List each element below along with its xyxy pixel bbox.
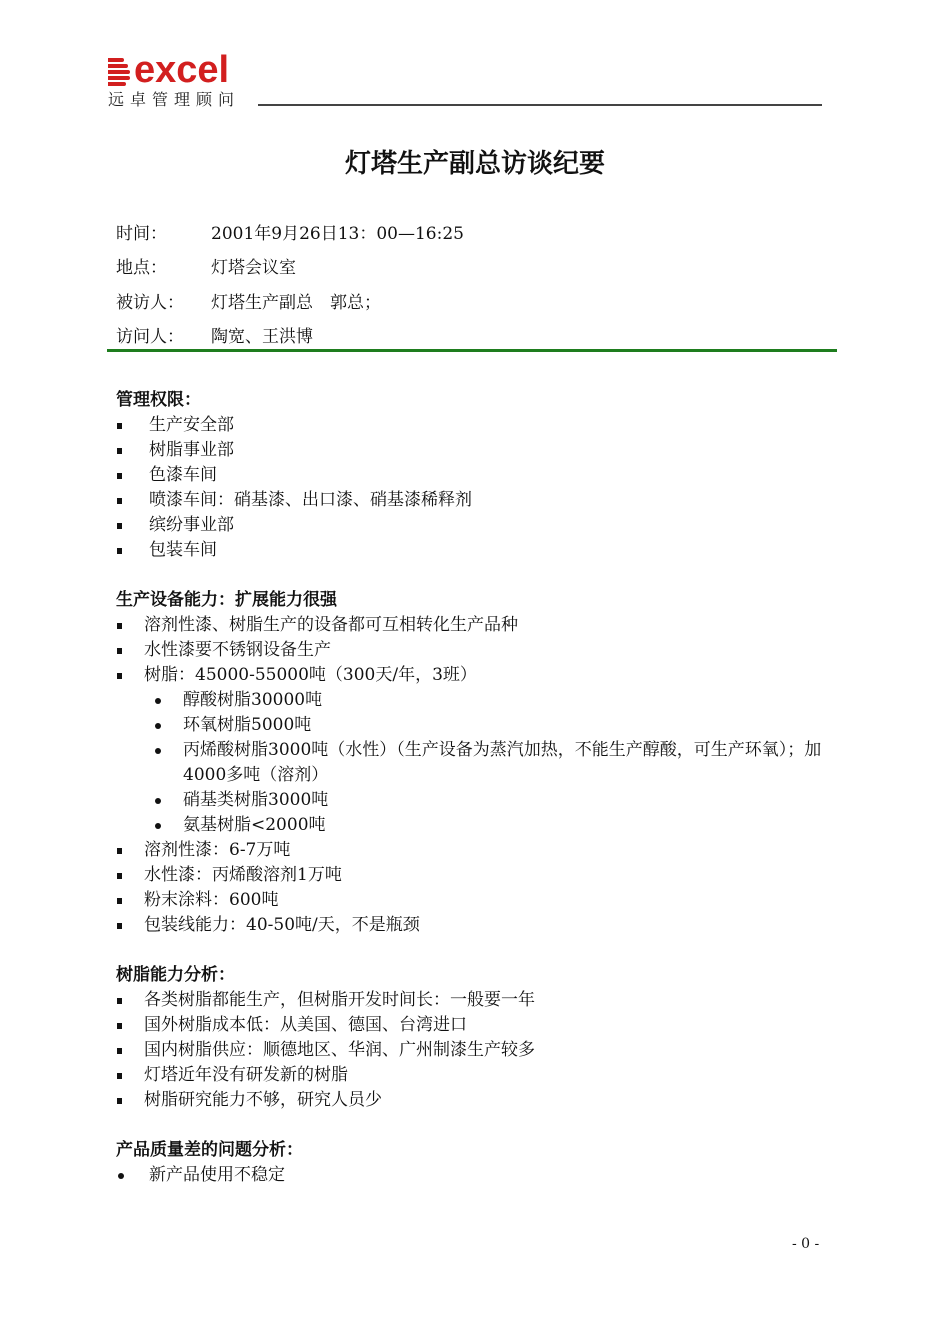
document-body: 管理权限： 生产安全部 树脂事业部 色漆车间 喷漆车间：硝基漆、出口漆、硝基漆稀… [116,388,836,1188]
square-bullet-icon [116,413,149,438]
sub-list-item: 硝基类树脂3000吨 [153,788,836,813]
sub-list-item: 氨基树脂<2000吨 [153,813,836,838]
list-item: 水性漆要不锈钢设备生产 [116,638,836,663]
section-heading-management: 管理权限： [116,388,836,413]
square-bullet-icon [116,463,149,488]
square-bullet-icon [116,913,144,938]
management-list: 生产安全部 树脂事业部 色漆车间 喷漆车间：硝基漆、出口漆、硝基漆稀释剂 缤纷事… [116,413,836,563]
list-item: 树脂事业部 [116,438,836,463]
list-item: 树脂研究能力不够，研究人员少 [116,1088,836,1113]
meta-time: 时间： 2001年9月26日13：00—16:25 [116,214,464,249]
square-bullet-icon [116,513,149,538]
list-item: 新产品使用不稳定 [116,1163,836,1188]
meta-interviewee: 被访人： 灯塔生产副总 郭总； [116,283,464,318]
square-bullet-icon [116,638,144,663]
square-bullet-icon [116,888,144,913]
resin-analysis-list: 各类树脂都能生产，但树脂开发时间长：一般要一年 国外树脂成本低：从美国、德国、台… [116,988,836,1113]
list-item: 缤纷事业部 [116,513,836,538]
list-item: 生产安全部 [116,413,836,438]
list-item: 溶剂性漆、树脂生产的设备都可互相转化生产品种 [116,613,836,638]
meta-value: 灯塔会议室 [211,253,296,278]
sub-list-item: 丙烯酸树脂3000吨（水性）（生产设备为蒸汽加热，不能生产醇酸，可生产环氧）；加… [153,738,836,788]
list-item: 灯塔近年没有研发新的树脂 [116,1063,836,1088]
meta-value: 灯塔生产副总 郭总； [211,288,381,313]
section-heading-equipment: 生产设备能力：扩展能力很强 [116,588,836,613]
page-number: - 0 - [792,1236,819,1252]
round-bullet-icon [153,813,183,838]
list-item: 国外树脂成本低：从美国、德国、台湾进口 [116,1013,836,1038]
meta-label: 地点： [116,253,211,278]
square-bullet-icon [116,988,144,1013]
round-bullet-icon [153,738,183,788]
list-item: 国内树脂供应：顺德地区、华润、广州制漆生产较多 [116,1038,836,1063]
section-heading-quality: 产品质量差的问题分析： [116,1138,836,1163]
square-bullet-icon [116,613,144,638]
meta-label: 时间： [116,219,211,244]
round-bullet-icon [153,713,183,738]
square-bullet-icon [116,863,144,888]
round-bullet-icon [116,1163,149,1188]
logo-wordmark: excel [134,54,229,86]
square-bullet-icon [116,538,149,563]
square-bullet-icon [116,1013,144,1038]
square-bullet-icon [116,1038,144,1063]
square-bullet-icon [116,1063,144,1088]
meta-value: 2001年9月26日13：00—16:25 [211,219,464,244]
logo-subtitle: 远卓管理顾问 [108,87,240,110]
resin-sub-list: 醇酸树脂30000吨 环氧树脂5000吨 丙烯酸树脂3000吨（水性）（生产设备… [116,688,836,838]
square-bullet-icon [116,488,149,513]
company-logo: excel 远卓管理顾问 [108,52,240,110]
list-item: 喷漆车间：硝基漆、出口漆、硝基漆稀释剂 [116,488,836,513]
list-item: 色漆车间 [116,463,836,488]
square-bullet-icon [116,1088,144,1113]
header-rule [258,104,822,106]
meta-label: 被访人： [116,288,211,313]
logo-b-icon [108,56,132,86]
list-item: 粉末涂料：600吨 [116,888,836,913]
meta-interviewer: 访问人： 陶宽、王洪博 [116,318,464,353]
meta-location: 地点： 灯塔会议室 [116,249,464,284]
sub-list-item: 醇酸树脂30000吨 [153,688,836,713]
meta-value: 陶宽、王洪博 [211,322,313,347]
round-bullet-icon [153,788,183,813]
document-title: 灯塔生产副总访谈纪要 [0,143,950,180]
list-item: 包装车间 [116,538,836,563]
meta-label: 访问人： [116,322,211,347]
equipment-list: 溶剂性漆、树脂生产的设备都可互相转化生产品种 水性漆要不锈钢设备生产 树脂：45… [116,613,836,938]
list-item: 各类树脂都能生产，但树脂开发时间长：一般要一年 [116,988,836,1013]
round-bullet-icon [153,688,183,713]
square-bullet-icon [116,663,144,688]
square-bullet-icon [116,438,149,463]
square-bullet-icon [116,838,144,863]
meeting-info: 时间： 2001年9月26日13：00—16:25 地点： 灯塔会议室 被访人：… [116,214,464,352]
section-heading-resin-analysis: 树脂能力分析： [116,963,836,988]
list-item: 溶剂性漆：6-7万吨 [116,838,836,863]
sub-list-item: 环氧树脂5000吨 [153,713,836,738]
list-item: 包装线能力：40-50吨/天，不是瓶颈 [116,913,836,938]
list-item: 水性漆：丙烯酸溶剂1万吨 [116,863,836,888]
quality-list: 新产品使用不稳定 [116,1163,836,1188]
list-item: 树脂：45000-55000吨（300天/年，3班） [116,663,836,688]
section-divider [107,349,837,352]
